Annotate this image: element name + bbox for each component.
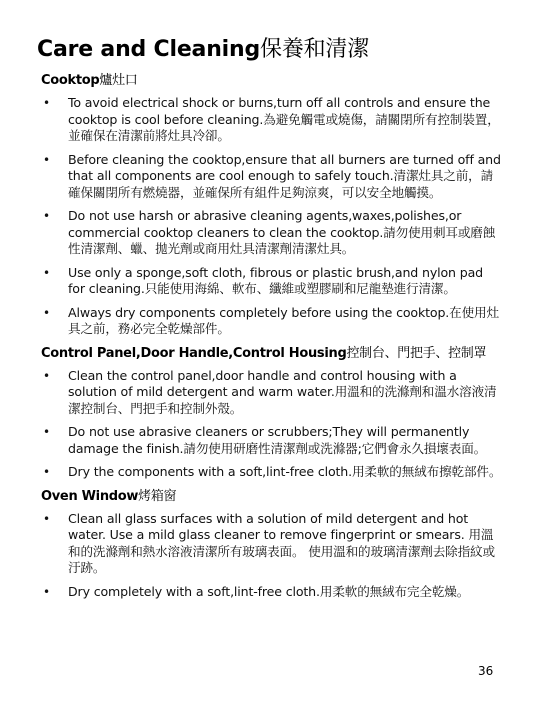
list-item: •Dry completely with a soft,lint-free cl… <box>41 584 503 601</box>
list-item: •Do not use harsh or abrasive cleaning a… <box>41 208 503 258</box>
list-item: •Do not use abrasive cleaners or scrubbe… <box>41 424 503 457</box>
list-item: •Dry the components with a soft,lint-fre… <box>41 464 503 481</box>
bullet-icon: • <box>43 95 50 112</box>
section-heading-en: Oven Window <box>41 489 138 504</box>
section-heading: Cooktop爐灶口 <box>41 72 503 89</box>
list-item-text: Use only a sponge,soft cloth, fibrous or… <box>68 265 483 297</box>
list-item-text: Clean the control panel,door handle and … <box>68 368 496 416</box>
bullet-icon: • <box>43 511 50 528</box>
list-item-text: Dry the components with a soft,lint-free… <box>68 464 501 479</box>
list-item-text: Dry completely with a soft,lint-free clo… <box>68 584 469 599</box>
section-cooktop: Cooktop爐灶口 •To avoid electrical shock or… <box>41 72 503 338</box>
list-item: •To avoid electrical shock or burns,turn… <box>41 95 503 145</box>
list-item-text: Always dry components completely before … <box>68 305 499 337</box>
page-title: Care and Cleaning保養和清潔 <box>37 37 369 63</box>
list-item-text: To avoid electrical shock or burns,turn … <box>68 95 500 143</box>
section-heading-zh: 控制台、門把手、控制罩 <box>346 346 486 361</box>
list-item: •Always dry components completely before… <box>41 305 503 338</box>
bullet-icon: • <box>43 152 50 169</box>
list-item: •Before cleaning the cooktop,ensure that… <box>41 152 503 202</box>
list-item-text: Do not use abrasive cleaners or scrubber… <box>68 424 486 456</box>
bullet-icon: • <box>43 424 50 441</box>
list-item: •Clean the control panel,door handle and… <box>41 368 503 418</box>
bullet-list: •To avoid electrical shock or burns,turn… <box>41 95 503 338</box>
document-body: Cooktop爐灶口 •To avoid electrical shock or… <box>41 72 503 607</box>
bullet-icon: • <box>43 208 50 225</box>
bullet-list: •Clean all glass surfaces with a solutio… <box>41 511 503 601</box>
page-title-en: Care and Cleaning <box>37 37 260 62</box>
section-heading-zh: 烤箱窗 <box>138 489 176 504</box>
page-number: 36 <box>478 664 493 678</box>
section-oven-window: Oven Window烤箱窗 •Clean all glass surfaces… <box>41 488 503 601</box>
bullet-icon: • <box>43 265 50 282</box>
bullet-icon: • <box>43 584 50 601</box>
list-item-text: Before cleaning the cooktop,ensure that … <box>68 152 501 200</box>
section-heading-en: Cooktop <box>41 73 99 88</box>
section-control-panel: Control Panel,Door Handle,Control Housin… <box>41 345 503 481</box>
list-item: •Use only a sponge,soft cloth, fibrous o… <box>41 265 503 298</box>
list-item: •Clean all glass surfaces with a solutio… <box>41 511 503 577</box>
list-item-text: Do not use harsh or abrasive cleaning ag… <box>68 208 495 256</box>
page-title-zh: 保養和清潔 <box>260 37 369 62</box>
bullet-icon: • <box>43 368 50 385</box>
bullet-icon: • <box>43 305 50 322</box>
bullet-list: •Clean the control panel,door handle and… <box>41 368 503 481</box>
section-heading-zh: 爐灶口 <box>99 73 137 88</box>
section-heading: Control Panel,Door Handle,Control Housin… <box>41 345 503 362</box>
bullet-icon: • <box>43 464 50 481</box>
section-heading-en: Control Panel,Door Handle,Control Housin… <box>41 346 346 361</box>
list-item-text: Clean all glass surfaces with a solution… <box>68 511 495 576</box>
section-heading: Oven Window烤箱窗 <box>41 488 503 505</box>
